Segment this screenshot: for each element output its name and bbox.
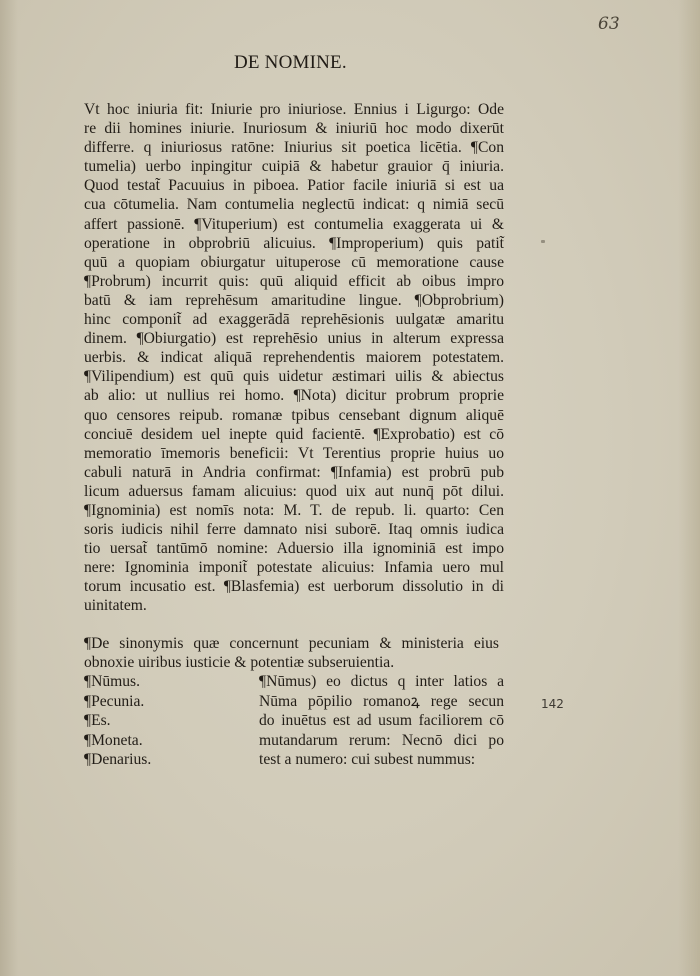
- text-line: hinc componit̃ ad exaggerādā reprehēsion…: [84, 310, 504, 329]
- section-line: ¶De sinonymis quæ concernunt pecuniam & …: [84, 634, 499, 653]
- synonym-item: ¶Pecunia.: [84, 692, 244, 712]
- text-line: uinitatem.: [84, 596, 504, 615]
- main-text-block: Vt hoc iniuria fit: Iniurie pro iniurios…: [84, 100, 504, 616]
- text-line: batū & iam reprehēsum amaritudine lingue…: [84, 291, 504, 310]
- synonym-item: ¶Denarius.: [84, 750, 244, 770]
- text-line: ¶Vilipendium) est quū quis uidetur æstim…: [84, 367, 504, 386]
- synonym-item: ¶Es.: [84, 711, 244, 731]
- definition-line: mutandarum rerum: Necnō dici po: [259, 731, 504, 751]
- synonym-item: ¶Nūmus.: [84, 672, 244, 692]
- margin-annotation: 142: [541, 697, 564, 711]
- text-line: licum aduersus famam alicuius: quod uix …: [84, 482, 504, 501]
- text-line: soris iudicis nihil ferre damnato nisi s…: [84, 520, 504, 539]
- section-intro: ¶De sinonymis quæ concernunt pecuniam & …: [84, 634, 499, 672]
- text-line: differre. q iniuriosus ratōne: Iniurius …: [84, 138, 504, 157]
- definition-line: ¶Nūmus) eo dictus q inter latios a: [259, 672, 504, 692]
- text-line: cabuli naturā in Andria confirmat: ¶Infa…: [84, 463, 504, 482]
- synonym-list: ¶Nūmus.¶Pecunia.¶Es.¶Moneta.¶Denarius.: [84, 672, 244, 770]
- definition-line: test a numero: cui subest nummus:: [259, 750, 504, 770]
- text-line: dinem. ¶Obiurgatio) est reprehēsio unius…: [84, 329, 504, 348]
- definition-line: do inuētus est ad usum faciliorem cō: [259, 711, 504, 731]
- section-line: obnoxie uiribus iusticie & potentiæ subs…: [84, 653, 499, 672]
- ink-speck: [541, 240, 545, 243]
- text-line: Quod testat̃ Pacuuius in piboea. Patior …: [84, 176, 504, 195]
- text-line: tio uersat̃ tantūmō nomine: Aduersio ill…: [84, 539, 504, 558]
- folio-number: 63: [598, 14, 620, 34]
- text-line: uerbis. & indicat aliquā reprehendentis …: [84, 348, 504, 367]
- text-line: quo censores reipub. romanæ tpibus cense…: [84, 406, 504, 425]
- text-line: ab alio: ut nullius rei homo. ¶Nota) dic…: [84, 386, 504, 405]
- text-line: conciuē desidem uel inepte quid facientē…: [84, 425, 504, 444]
- text-line: Vt hoc iniuria fit: Iniurie pro iniurios…: [84, 100, 504, 119]
- text-line: cua cōtumelia. Nam contumelia neglectū i…: [84, 195, 504, 214]
- synonym-item: ¶Moneta.: [84, 731, 244, 751]
- text-line: memoratio īmemoris beneficii: Vt Terenti…: [84, 444, 504, 463]
- text-line: quū a quopiam obiurgatur uituperose cū m…: [84, 253, 504, 272]
- text-line: ¶Probrum) incurrit quis: quū aliquid eff…: [84, 272, 504, 291]
- text-line: operatione in obprobriū alicuius. ¶Impro…: [84, 234, 504, 253]
- definition-line: Nūma pōpilio romanoꝝ rege secun: [259, 692, 504, 712]
- text-line: ¶Ignominia) est nomīs nota: M. T. de rep…: [84, 501, 504, 520]
- text-line: nere: Ignominia imponit̃ potestate alicu…: [84, 558, 504, 577]
- text-line: re dii homines iniurie. Inuriosum & iniu…: [84, 119, 504, 138]
- text-line: torum incusatio est. ¶Blasfemia) est uer…: [84, 577, 504, 596]
- synonym-definition: ¶Nūmus) eo dictus q inter latios aNūma p…: [259, 672, 504, 770]
- text-line: tumelia) uerbo inpingitur cuipiā & habet…: [84, 157, 504, 176]
- page-heading: DE NOMINE.: [234, 52, 347, 74]
- text-line: affert passionē. ¶Vituperium) est contum…: [84, 215, 504, 234]
- book-page: 63 DE NOMINE. Vt hoc iniuria fit: Iniuri…: [0, 0, 700, 976]
